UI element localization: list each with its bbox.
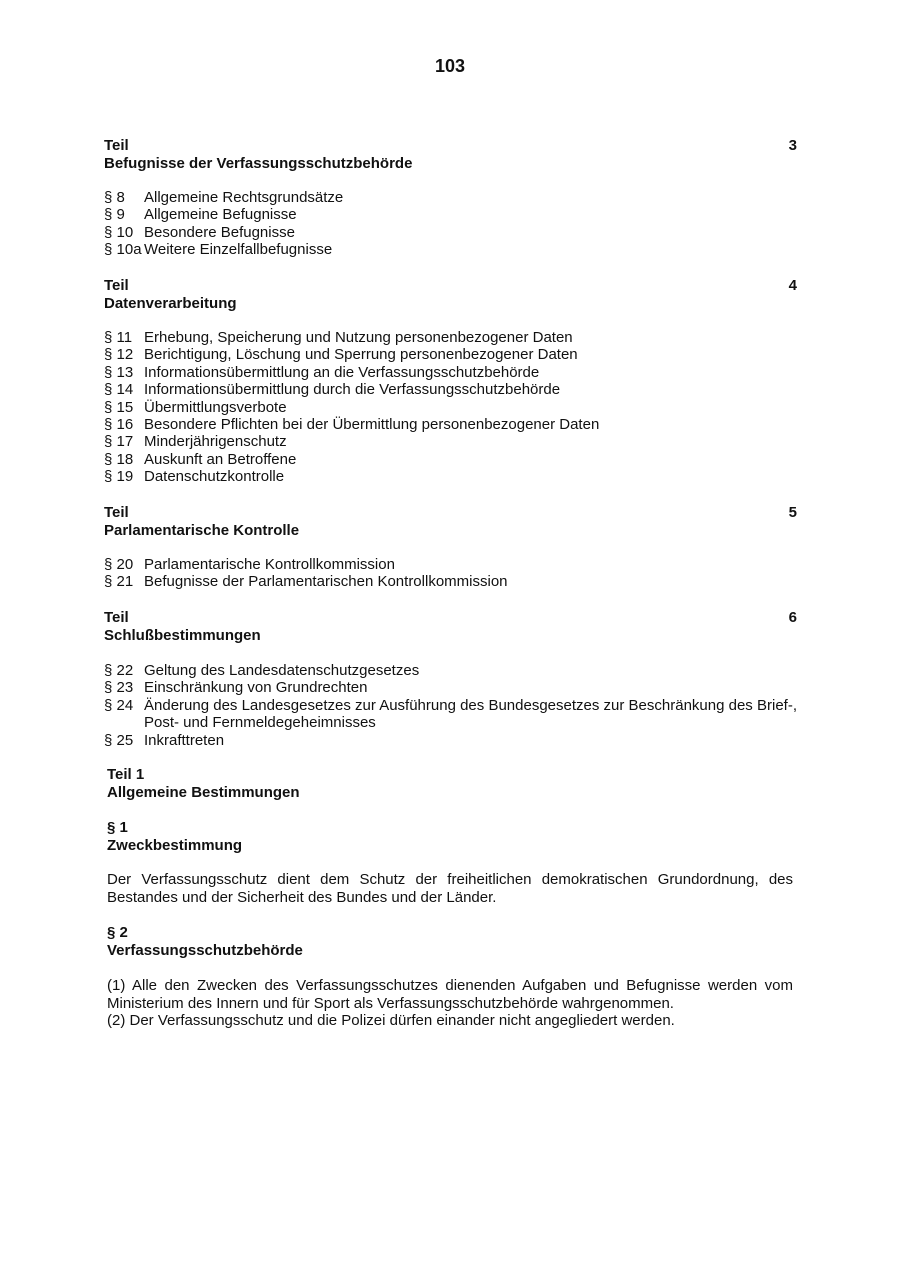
section-title: Änderung des Landesgesetzes zur Ausführu… <box>144 697 797 732</box>
section-title: Auskunft an Betroffene <box>144 451 797 468</box>
section-number: § 17 <box>104 433 144 450</box>
toc-item: § 18Auskunft an Betroffene <box>104 451 797 468</box>
toc-item: § 14Informationsübermittlung durch die V… <box>104 381 797 398</box>
teil-label: Teil <box>104 137 129 155</box>
toc-item: § 16Besondere Pflichten bei der Übermitt… <box>104 416 797 433</box>
toc-item: § 15Übermittlungsverbote <box>104 399 797 416</box>
toc-item: § 20Parlamentarische Kontrollkommission <box>104 556 797 573</box>
section-title: Datenschutzkontrolle <box>144 468 797 485</box>
section-title: Übermittlungsverbote <box>144 399 797 416</box>
part-1-heading: Teil 1 Allgemeine Bestimmungen <box>107 766 793 801</box>
section-number: § 24 <box>104 697 144 732</box>
teil-1-title: Allgemeine Bestimmungen <box>107 784 793 802</box>
toc-list-part-6: § 22Geltung des Landesdatenschutzgesetze… <box>104 662 797 749</box>
teil-title: Datenverarbeitung <box>104 295 797 313</box>
teil-title: Befugnisse der Verfassungsschutzbehörde <box>104 155 797 173</box>
section-number: § 9 <box>104 206 144 223</box>
section-1-title: Zweckbestimmung <box>107 837 793 855</box>
section-number: § 20 <box>104 556 144 573</box>
toc-item: § 13Informationsübermittlung an die Verf… <box>104 364 797 381</box>
section-number: § 14 <box>104 381 144 398</box>
teil-title: Schlußbestimmungen <box>104 627 797 645</box>
page-number: 103 <box>0 56 900 77</box>
section-title: Geltung des Landesdatenschutzgesetzes <box>144 662 797 679</box>
toc-item: § 12Berichtigung, Löschung und Sperrung … <box>104 346 797 363</box>
toc-item: § 10aWeitere Einzelfallbefugnisse <box>104 241 797 258</box>
toc-part-5: Teil5 Parlamentarische Kontrolle <box>104 504 797 539</box>
paragraph-1: (1) Alle den Zwecken des Verfassungsschu… <box>107 977 793 1012</box>
toc-item: § 24Änderung des Landesgesetzes zur Ausf… <box>104 697 797 732</box>
section-number: § 8 <box>104 189 144 206</box>
toc-item: § 23Einschränkung von Grundrechten <box>104 679 797 696</box>
section-title: Parlamentarische Kontrollkommission <box>144 556 797 573</box>
teil-label: Teil <box>104 609 129 627</box>
toc-item: § 11Erhebung, Speicherung und Nutzung pe… <box>104 329 797 346</box>
toc-part-3: Teil3 Befugnisse der Verfassungsschutzbe… <box>104 137 797 172</box>
section-2-heading: § 2 Verfassungsschutzbehörde <box>107 924 793 959</box>
section-number: § 19 <box>104 468 144 485</box>
toc-item: § 19Datenschutzkontrolle <box>104 468 797 485</box>
section-title: Inkrafttreten <box>144 732 797 749</box>
teil-number: 4 <box>789 277 797 295</box>
teil-number: 6 <box>789 609 797 627</box>
section-title: Befugnisse der Parlamentarischen Kontrol… <box>144 573 797 590</box>
section-title: Erhebung, Speicherung und Nutzung person… <box>144 329 797 346</box>
toc-part-6: Teil6 Schlußbestimmungen <box>104 609 797 644</box>
section-2-label: § 2 <box>107 924 793 942</box>
paragraph-2: (2) Der Verfassungsschutz und die Polize… <box>107 1012 793 1030</box>
toc-item: § 25Inkrafttreten <box>104 732 797 749</box>
section-title: Berichtigung, Löschung und Sperrung pers… <box>144 346 797 363</box>
section-2-text: (1) Alle den Zwecken des Verfassungsschu… <box>107 977 793 1030</box>
toc-list-part-3: § 8Allgemeine Rechtsgrundsätze § 9Allgem… <box>104 189 797 259</box>
teil-title: Parlamentarische Kontrolle <box>104 522 797 540</box>
section-number: § 13 <box>104 364 144 381</box>
toc-part-4: Teil4 Datenverarbeitung <box>104 277 797 312</box>
toc-item: § 22Geltung des Landesdatenschutzgesetze… <box>104 662 797 679</box>
section-title: Weitere Einzelfallbefugnisse <box>144 241 797 258</box>
teil-number: 5 <box>789 504 797 522</box>
section-title: Informationsübermittlung durch die Verfa… <box>144 381 797 398</box>
section-title: Informationsübermittlung an die Verfassu… <box>144 364 797 381</box>
section-number: § 25 <box>104 732 144 749</box>
section-title: Allgemeine Befugnisse <box>144 206 797 223</box>
section-number: § 12 <box>104 346 144 363</box>
toc-list-part-5: § 20Parlamentarische Kontrollkommission … <box>104 556 797 591</box>
teil-label: Teil <box>104 277 129 295</box>
section-number: § 18 <box>104 451 144 468</box>
section-number: § 16 <box>104 416 144 433</box>
section-title: Minderjährigenschutz <box>144 433 797 450</box>
section-1-label: § 1 <box>107 819 793 837</box>
section-number: § 11 <box>104 329 144 346</box>
section-1-text: Der Verfassungsschutz dient dem Schutz d… <box>107 871 793 906</box>
toc-item: § 17Minderjährigenschutz <box>104 433 797 450</box>
section-number: § 23 <box>104 679 144 696</box>
section-title: Einschränkung von Grundrechten <box>144 679 797 696</box>
toc-item: § 9Allgemeine Befugnisse <box>104 206 797 223</box>
section-2-title: Verfassungsschutzbehörde <box>107 942 793 960</box>
teil-1-label: Teil 1 <box>107 766 793 784</box>
teil-label: Teil <box>104 504 129 522</box>
section-title: Besondere Befugnisse <box>144 224 797 241</box>
section-number: § 22 <box>104 662 144 679</box>
section-title: Besondere Pflichten bei der Übermittlung… <box>144 416 797 433</box>
section-number: § 10 <box>104 224 144 241</box>
section-number: § 10a <box>104 241 144 258</box>
section-number: § 15 <box>104 399 144 416</box>
toc-list-part-4: § 11Erhebung, Speicherung und Nutzung pe… <box>104 329 797 486</box>
section-title: Allgemeine Rechtsgrundsätze <box>144 189 797 206</box>
toc-item: § 8Allgemeine Rechtsgrundsätze <box>104 189 797 206</box>
toc-item: § 10Besondere Befugnisse <box>104 224 797 241</box>
toc-item: § 21Befugnisse der Parlamentarischen Kon… <box>104 573 797 590</box>
teil-number: 3 <box>789 137 797 155</box>
paragraph: Der Verfassungsschutz dient dem Schutz d… <box>107 871 793 906</box>
section-1-heading: § 1 Zweckbestimmung <box>107 819 793 854</box>
section-number: § 21 <box>104 573 144 590</box>
